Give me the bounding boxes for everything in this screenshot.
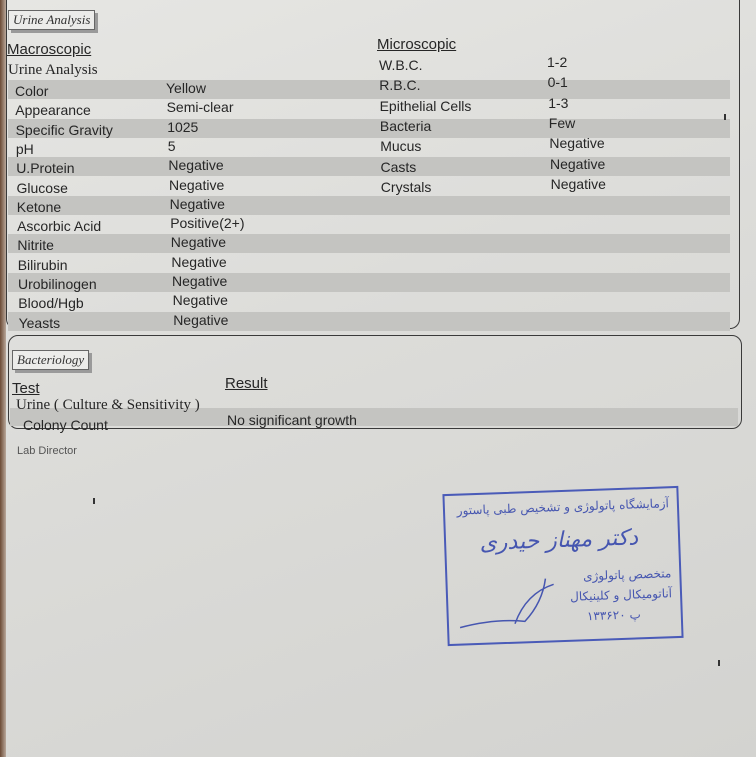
stamp-lab-name: آزمایشگاه پاتولوژی و تشخیص طبی پاستور bbox=[457, 496, 670, 517]
microscopic-test-label: Epithelial Cells bbox=[380, 98, 472, 114]
microscopic-test-label: R.B.C. bbox=[379, 77, 420, 93]
stamp-subspecialty: آناتومیکال و کلینیکال bbox=[570, 586, 672, 604]
macroscopic-test-label: U.Protein bbox=[16, 160, 74, 176]
macroscopic-result-value: Negative bbox=[169, 177, 224, 193]
macroscopic-result-value: Yellow bbox=[166, 80, 206, 96]
macroscopic-result-value: Negative bbox=[173, 312, 228, 328]
macroscopic-test-label: Specific Gravity bbox=[16, 122, 113, 138]
microscopic-result-value: Negative bbox=[551, 176, 606, 192]
macroscopic-test-label: pH bbox=[16, 141, 34, 157]
colony-count-result: No significant growth bbox=[227, 412, 357, 428]
macroscopic-test-label: Glucose bbox=[17, 180, 68, 196]
macroscopic-test-label: Color bbox=[15, 83, 48, 99]
macroscopic-test-label: Nitrite bbox=[17, 237, 54, 253]
bacteriology-result-header: Result bbox=[225, 375, 268, 392]
row-stripe bbox=[8, 234, 730, 253]
microscopic-test-label: Crystals bbox=[381, 179, 432, 195]
colony-count-label: Colony Count bbox=[23, 417, 108, 433]
urine-analysis-tag: Urine Analysis bbox=[8, 10, 95, 30]
stamp-doctor-name: دکتر مهناز حیدری bbox=[479, 525, 638, 556]
row-stripe bbox=[8, 80, 730, 99]
pen-mark bbox=[718, 660, 720, 666]
macroscopic-test-label: Bilirubin bbox=[18, 257, 68, 273]
microscopic-test-label: Casts bbox=[381, 159, 417, 175]
stamp-license-number: پ ۱۳۳۶۲۰ bbox=[587, 607, 641, 623]
pen-mark bbox=[93, 498, 95, 504]
microscopic-result-value: 0-1 bbox=[548, 74, 568, 90]
macroscopic-test-label: Appearance bbox=[15, 102, 91, 118]
macroscopic-result-value: Negative bbox=[173, 292, 228, 308]
row-stripe bbox=[8, 196, 730, 215]
pen-mark bbox=[724, 114, 726, 120]
microscopic-result-value: 1-2 bbox=[547, 54, 567, 70]
macroscopic-result-value: Negative bbox=[171, 254, 226, 270]
macroscopic-test-label: Yeasts bbox=[19, 315, 61, 331]
macroscopic-subheader: Urine Analysis bbox=[8, 62, 98, 79]
microscopic-test-label: Mucus bbox=[380, 138, 421, 154]
row-stripe bbox=[8, 273, 730, 292]
microscopic-result-value: Negative bbox=[549, 135, 604, 151]
signature-icon bbox=[453, 572, 565, 636]
macroscopic-result-value: Negative bbox=[172, 273, 227, 289]
macroscopic-result-value: 5 bbox=[168, 138, 176, 154]
stamp-specialty: متخصص پاتولوژی bbox=[583, 566, 672, 583]
macroscopic-test-label: Ascorbic Acid bbox=[17, 218, 101, 234]
macroscopic-result-value: Positive(2+) bbox=[170, 215, 244, 231]
macroscopic-result-value: Semi-clear bbox=[167, 99, 234, 115]
row-stripe bbox=[8, 312, 730, 331]
microscopic-header: Microscopic bbox=[377, 36, 456, 53]
row-stripe bbox=[8, 157, 730, 176]
macroscopic-test-label: Urobilinogen bbox=[18, 276, 97, 292]
microscopic-result-value: Negative bbox=[550, 156, 605, 172]
lab-director-label: Lab Director bbox=[17, 445, 77, 457]
microscopic-result-value: Few bbox=[549, 115, 575, 131]
microscopic-test-label: W.B.C. bbox=[379, 57, 423, 73]
bacteriology-test-header: Test bbox=[12, 380, 40, 397]
doctor-stamp: آزمایشگاه پاتولوژی و تشخیص طبی پاستور دک… bbox=[442, 486, 683, 646]
macroscopic-result-value: Negative bbox=[168, 157, 223, 173]
microscopic-test-label: Bacteria bbox=[380, 118, 431, 134]
bacteriology-tag: Bacteriology bbox=[12, 350, 89, 370]
macroscopic-test-label: Ketone bbox=[17, 199, 61, 215]
microscopic-result-value: 1-3 bbox=[548, 95, 568, 111]
bacteriology-group-label: Urine ( Culture & Sensitivity ) bbox=[16, 397, 200, 414]
macroscopic-result-value: Negative bbox=[170, 196, 225, 212]
macroscopic-result-value: 1025 bbox=[167, 119, 198, 135]
row-stripe bbox=[8, 119, 730, 138]
macroscopic-header: Macroscopic bbox=[7, 41, 91, 58]
macroscopic-result-value: Negative bbox=[171, 234, 226, 250]
macroscopic-test-label: Blood/Hgb bbox=[18, 295, 83, 311]
